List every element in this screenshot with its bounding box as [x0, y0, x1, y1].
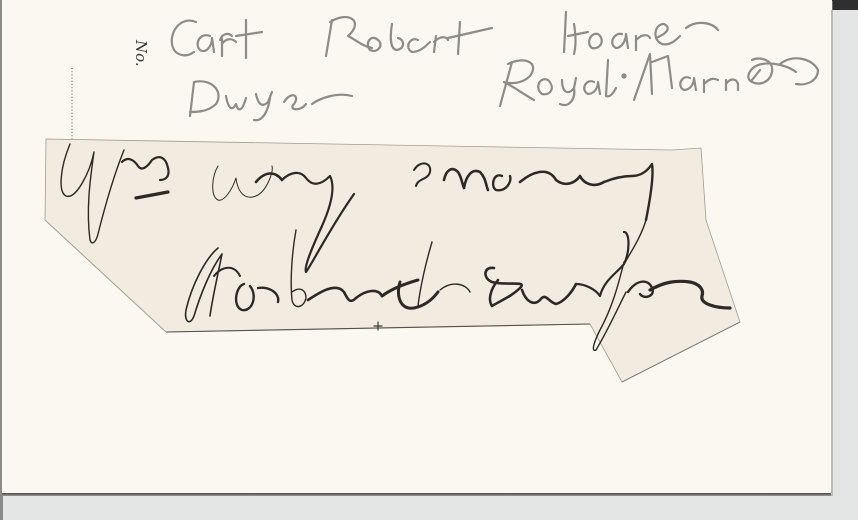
handwriting-layer: [0, 0, 858, 520]
pencil-dwyer: [190, 81, 352, 120]
pencil-hoare: [564, 12, 718, 54]
pencil-capt: [172, 20, 262, 58]
pencil-robert: [326, 17, 492, 56]
scan-scene: No.: [0, 0, 858, 520]
pencil-royal-marine: [500, 54, 818, 106]
